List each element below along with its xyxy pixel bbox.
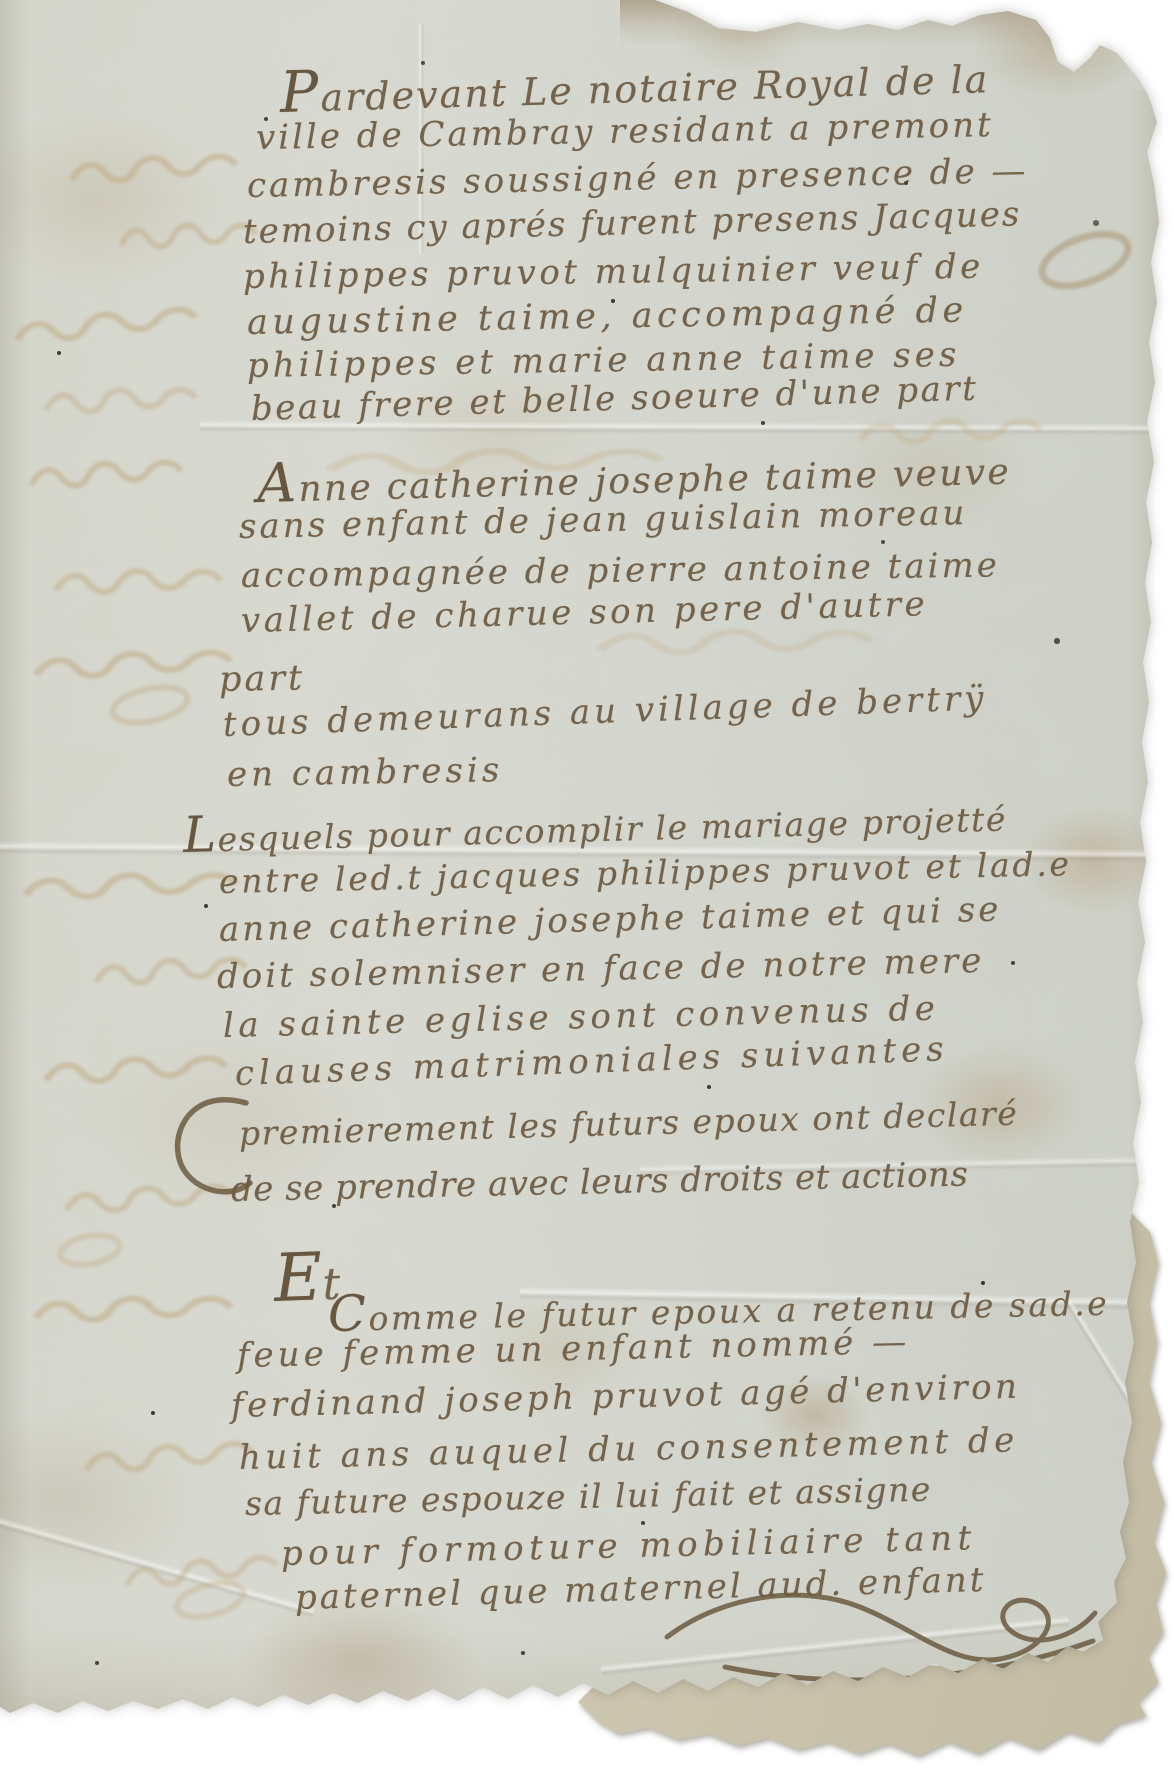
manuscript-line-29: sa future espouze il lui fait et assigne [245, 1470, 933, 1523]
handwritten-text-block: Pardevant Le notaire Royal de la ville d… [0, 0, 1174, 1771]
manuscript-line-23: de se prendre avec leurs droits et actio… [231, 1155, 969, 1210]
manuscript-line-14: tous demeurans au village de bertrÿ [222, 678, 988, 745]
manuscript-line-15: en cambresis [227, 750, 504, 795]
scanned-document: Pardevant Le notaire Royal de la ville d… [0, 0, 1174, 1771]
manuscript-line-18: anne catherine josephe taime et qui se [218, 890, 1001, 950]
manuscript-line-13: part [219, 659, 306, 700]
manuscript-line-22: premierement les futurs epoux ont declar… [238, 1094, 1018, 1153]
manuscript-line-6: augustine taime, accompagné de [247, 290, 968, 343]
ink-specks [0, 0, 2, 2]
paraph-flourish-icon [655, 1575, 1105, 1690]
manuscript-page: Pardevant Le notaire Royal de la ville d… [0, 0, 1174, 1771]
manuscript-line-27: ferdinand joseph pruvot agé d'environ [231, 1367, 1021, 1426]
manuscript-page-wrapper: Pardevant Le notaire Royal de la ville d… [0, 0, 1174, 1771]
manuscript-line-5: philippes pruvot mulquinier veuf de [243, 247, 984, 297]
initial-flourish-icon [168, 1095, 254, 1200]
manuscript-line-19: doit solemniser en face de notre mere [217, 941, 985, 997]
